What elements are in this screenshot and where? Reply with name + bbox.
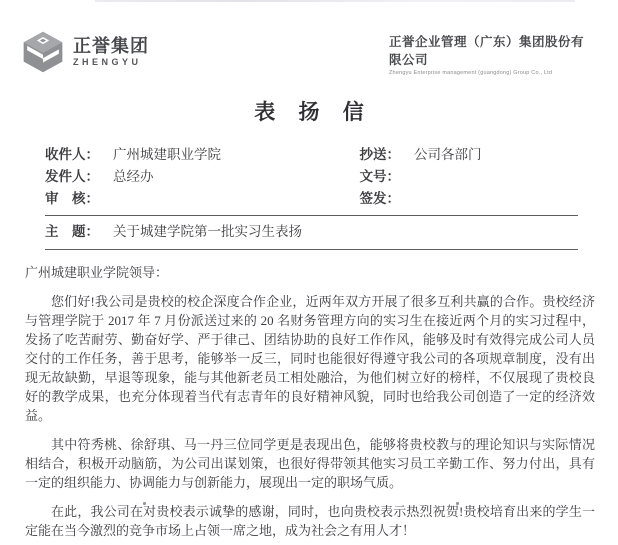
company-name-en: Zhengyu Enterprise management (guangdong… <box>389 70 594 76</box>
cube-logo-icon <box>20 30 66 74</box>
scan-speck-right <box>456 502 459 505</box>
letter-body: 广州城建职业学院领导： 您们好!我公司是贵校的校企深度合作企业，近两年双方开展了… <box>25 263 595 540</box>
company-name-cn: 正誉企业管理（广东）集团股份有限公司 <box>389 32 594 68</box>
meta-row-recipient-cc: 收件人： 广州城建职业学院 抄送： 公司各部门 <box>45 144 578 166</box>
logo-wordmark: 正誉集团 ZHENGYU <box>73 37 149 67</box>
cc-label: 抄送： <box>359 144 400 166</box>
doc-no-field: 文号： <box>359 166 578 188</box>
document-meta-table: 收件人： 广州城建职业学院 抄送： 公司各部门 发件人： 总经办 文号： 审 核… <box>45 144 578 250</box>
cc-value: 公司各部门 <box>414 144 482 166</box>
company-logo: 正誉集团 ZHENGYU <box>20 30 149 74</box>
subject-field: 主 题： 关于城建学院第一批实习生表扬 <box>45 220 578 244</box>
subject-label: 主 题： <box>45 220 99 244</box>
recipient-label: 收件人： <box>45 144 99 166</box>
meta-row-review-issue: 审 核： 签发： <box>45 188 578 210</box>
meta-row-sender-docno: 发件人： 总经办 文号： <box>45 166 578 188</box>
doc-no-label: 文号： <box>359 166 400 188</box>
cc-field: 抄送： 公司各部门 <box>359 144 578 166</box>
body-paragraph-3: 在此，我公司在对贵校表示诚挚的感谢，同时，也向贵校表示热烈祝贺!贵校培育出来的学… <box>25 502 595 540</box>
scan-speck-left <box>143 502 146 505</box>
sender-label: 发件人： <box>45 166 99 188</box>
sender-field: 发件人： 总经办 <box>45 166 359 188</box>
body-paragraph-2: 其中符秀桃、徐舒琪、马一丹三位同学更是表现出色，能够将贵校教与的理论知识与实际情… <box>25 435 595 492</box>
subject-value: 关于城建学院第一批实习生表扬 <box>113 220 302 244</box>
divider-line-bottom <box>45 249 578 250</box>
body-paragraph-1: 您们好!我公司是贵校的校企深度合作企业，近两年双方开展了很多互利共赢的合作。贵校… <box>25 292 595 425</box>
review-field: 审 核： <box>45 188 359 210</box>
salutation: 广州城建职业学院领导： <box>25 263 595 282</box>
issue-field: 签发： <box>359 188 578 210</box>
letterhead: 正誉集团 ZHENGYU 正誉企业管理（广东）集团股份有限公司 Zhengyu … <box>0 0 618 76</box>
brand-name-en: ZHENGYU <box>73 58 149 67</box>
sender-value: 总经办 <box>113 166 154 188</box>
brand-name-cn: 正誉集团 <box>73 37 149 55</box>
scan-edge-artifact <box>95 0 575 2</box>
recipient-value: 广州城建职业学院 <box>113 144 221 166</box>
issue-label: 签发： <box>359 188 400 210</box>
company-name-block: 正誉企业管理（广东）集团股份有限公司 Zhengyu Enterprise ma… <box>389 30 594 76</box>
commendation-letter-page: 正誉集团 ZHENGYU 正誉企业管理（广东）集团股份有限公司 Zhengyu … <box>0 0 618 545</box>
divider-line-top <box>45 215 578 216</box>
recipient-field: 收件人： 广州城建职业学院 <box>45 144 359 166</box>
review-label: 审 核： <box>45 188 99 210</box>
document-title: 表 扬 信 <box>0 96 618 126</box>
